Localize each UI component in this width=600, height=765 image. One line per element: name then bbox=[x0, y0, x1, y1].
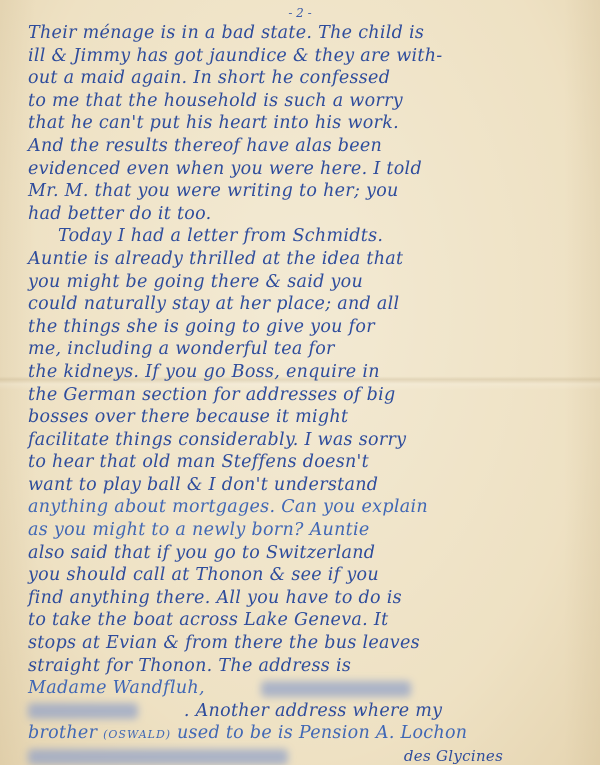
letter-line: . Another address where my bbox=[28, 700, 588, 723]
letter-line: you should call at Thonon & see if you bbox=[28, 564, 588, 587]
letter-line: Auntie is already thrilled at the idea t… bbox=[28, 248, 588, 271]
letter-line: the kidneys. If you go Boss, enquire in bbox=[28, 361, 588, 384]
letter-page: - 2 - Their ménage is in a bad state. Th… bbox=[0, 0, 600, 765]
letter-line: bosses over there because it might bbox=[28, 406, 588, 429]
letter-line: want to play ball & I don't understand bbox=[28, 474, 588, 497]
address-name: Madame Wandfluh, bbox=[28, 678, 205, 698]
address-note: des Glycines bbox=[294, 747, 503, 765]
letter-line: to hear that old man Steffens doesn't bbox=[28, 451, 588, 474]
letter-line: had better do it too. bbox=[28, 203, 588, 226]
letter-line: And the results thereof have alas been bbox=[28, 135, 588, 158]
redacted-address bbox=[28, 703, 138, 719]
brother-name: (OSWALD) bbox=[103, 728, 171, 741]
letter-line: des Glycines bbox=[28, 745, 588, 765]
letter-line: brother (OSWALD) used to be is Pension A… bbox=[28, 722, 588, 745]
letter-text: used to be is Pension A. Lochon bbox=[177, 723, 467, 743]
letter-line: that he can't put his heart into his wor… bbox=[28, 112, 588, 135]
letter-line: ill & Jimmy has got jaundice & they are … bbox=[28, 45, 588, 68]
letter-line: Their ménage is in a bad state. The chil… bbox=[28, 22, 588, 45]
letter-line: to me that the household is such a worry bbox=[28, 90, 588, 113]
letter-line: out a maid again. In short he confessed bbox=[28, 67, 588, 90]
letter-line: me, including a wonderful tea for bbox=[28, 338, 588, 361]
letter-line: anything about mortgages. Can you explai… bbox=[28, 496, 588, 519]
letter-line: Today I had a letter from Schmidts. bbox=[28, 225, 588, 248]
letter-line: Mr. M. that you were writing to her; you bbox=[28, 180, 588, 203]
letter-text: brother bbox=[28, 723, 97, 743]
letter-line: evidenced even when you were here. I tol… bbox=[28, 158, 588, 181]
redacted-address bbox=[28, 749, 288, 765]
letter-line: Madame Wandfluh, bbox=[28, 677, 588, 700]
page-number: - 2 - bbox=[0, 6, 600, 20]
redacted-address bbox=[261, 681, 411, 697]
letter-line: the things she is going to give you for bbox=[28, 316, 588, 339]
letter-line: the German section for addresses of big bbox=[28, 384, 588, 407]
letter-line: facilitate things considerably. I was so… bbox=[28, 429, 588, 452]
letter-text: . Another address where my bbox=[144, 701, 442, 721]
letter-line: could naturally stay at her place; and a… bbox=[28, 293, 588, 316]
letter-line: you might be going there & said you bbox=[28, 271, 588, 294]
letter-line: stops at Evian & from there the bus leav… bbox=[28, 632, 588, 655]
letter-line: straight for Thonon. The address is bbox=[28, 655, 588, 678]
letter-line: find anything there. All you have to do … bbox=[28, 587, 588, 610]
letter-line: also said that if you go to Switzerland bbox=[28, 542, 588, 565]
letter-line: to take the boat across Lake Geneva. It bbox=[28, 609, 588, 632]
letter-line: as you might to a newly born? Auntie bbox=[28, 519, 588, 542]
letter-body: Their ménage is in a bad state. The chil… bbox=[28, 22, 588, 765]
